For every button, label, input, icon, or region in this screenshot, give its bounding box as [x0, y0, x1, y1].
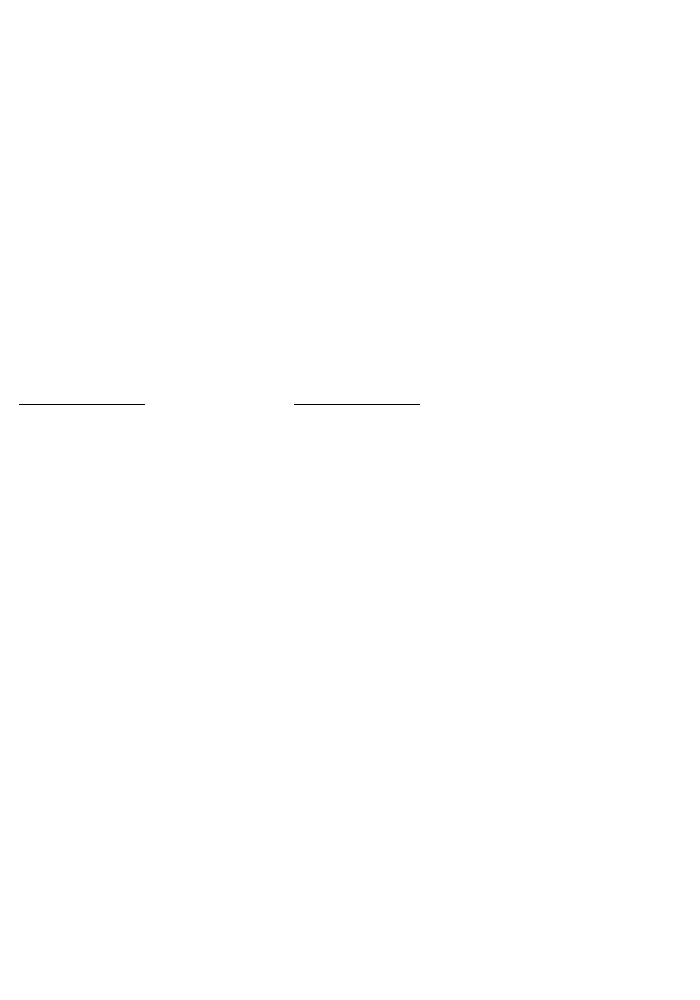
intro-block [19, 55, 539, 128]
contractor-signature-line [294, 404, 420, 405]
document-title [19, 19, 539, 31]
document-subtitle [19, 31, 539, 43]
document-body [19, 19, 539, 128]
intro-line [19, 67, 539, 79]
intro-line [19, 104, 539, 116]
intro-line [19, 92, 539, 104]
intro-line [19, 116, 539, 128]
watermark-layer [0, 0, 700, 1000]
customer-signature-line [19, 404, 145, 405]
intro-line [19, 79, 539, 91]
intro-line [19, 55, 539, 67]
